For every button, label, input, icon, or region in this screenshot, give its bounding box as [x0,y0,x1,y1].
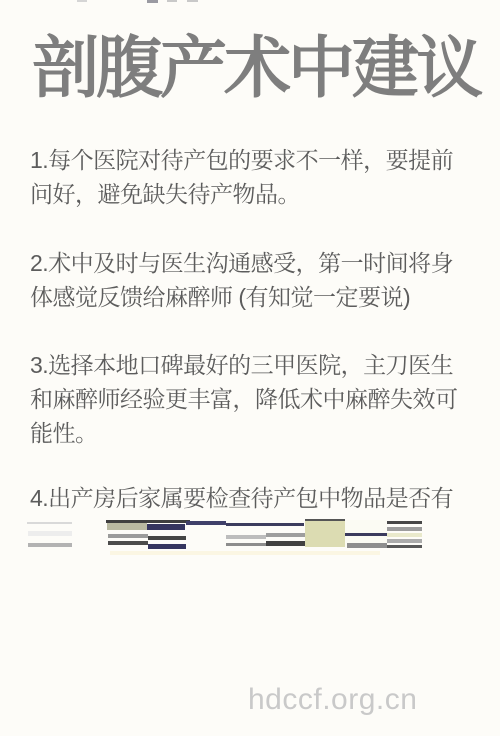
advice-line: 能性。 [30,416,490,450]
artifact-bar [226,543,266,546]
artifact-bar [147,0,158,3]
advice-line: 问好，避免缺失待产物品。 [30,177,490,211]
artifact-bar [387,533,422,537]
artifact-bar [108,534,148,538]
artifact-bar [347,543,387,548]
advice-item-3: 3.选择本地口碑最好的三甲医院，主刀医生 和麻醉师经验更丰富，降低术中麻醉失效可… [30,348,490,450]
advice-line: 2.术中及时与医生沟通感受，第一时间将身 [30,246,490,280]
advice-line: 4.出产房后家属要检查待产包中物品是否有 [30,481,490,515]
advice-line: 3.选择本地口碑最好的三甲医院，主刀医生 [30,348,490,382]
advice-line: 体感觉反馈给麻醉师 (有知觉一定要说) [30,280,490,314]
artifact-bar [305,521,345,547]
artifact-bar [107,523,147,530]
advice-line: 和麻醉师经验更丰富，降低术中麻醉失效可 [30,382,490,416]
artifact-bar [387,539,422,543]
page-title: 剖腹产术中建议 [32,28,492,110]
advice-item-1: 1.每个医院对待产包的要求不一样，要提前 问好，避免缺失待产物品。 [30,143,490,211]
artifact-bar [110,551,380,555]
artifact-bar [305,519,345,521]
artifact-bar [77,0,87,2]
artifact-bar [387,545,422,548]
artifact-bar [187,0,198,2]
artifact-bar [345,520,387,547]
artifact-bar [387,521,422,524]
artifact-bar [167,0,177,2]
artifact-bar [106,520,190,523]
artifact-bar [266,541,306,546]
advice-item-2: 2.术中及时与医生沟通感受，第一时间将身 体感觉反馈给麻醉师 (有知觉一定要说) [30,246,490,314]
watermark-url: hdccf.org.cn [248,684,417,716]
advice-line: 1.每个医院对待产包的要求不一样，要提前 [30,143,490,177]
artifact-bar [266,533,306,537]
artifact-bar [28,531,72,536]
artifact-bar [186,521,226,525]
artifact-bar [387,527,422,531]
artifact-bar [345,533,387,536]
artifact-bar [28,543,72,547]
artifact-bar [147,524,185,530]
artifact-bar [226,535,266,539]
artifact-bar [226,523,304,526]
page: 剖腹产术中建议 1.每个医院对待产包的要求不一样，要提前 问好，避免缺失待产物品… [0,0,500,736]
artifact-bar [148,536,186,540]
artifact-bar [27,522,72,524]
artifact-bar [108,541,148,545]
advice-item-4: 4.出产房后家属要检查待产包中物品是否有 [30,481,490,515]
artifact-bar [148,544,186,549]
